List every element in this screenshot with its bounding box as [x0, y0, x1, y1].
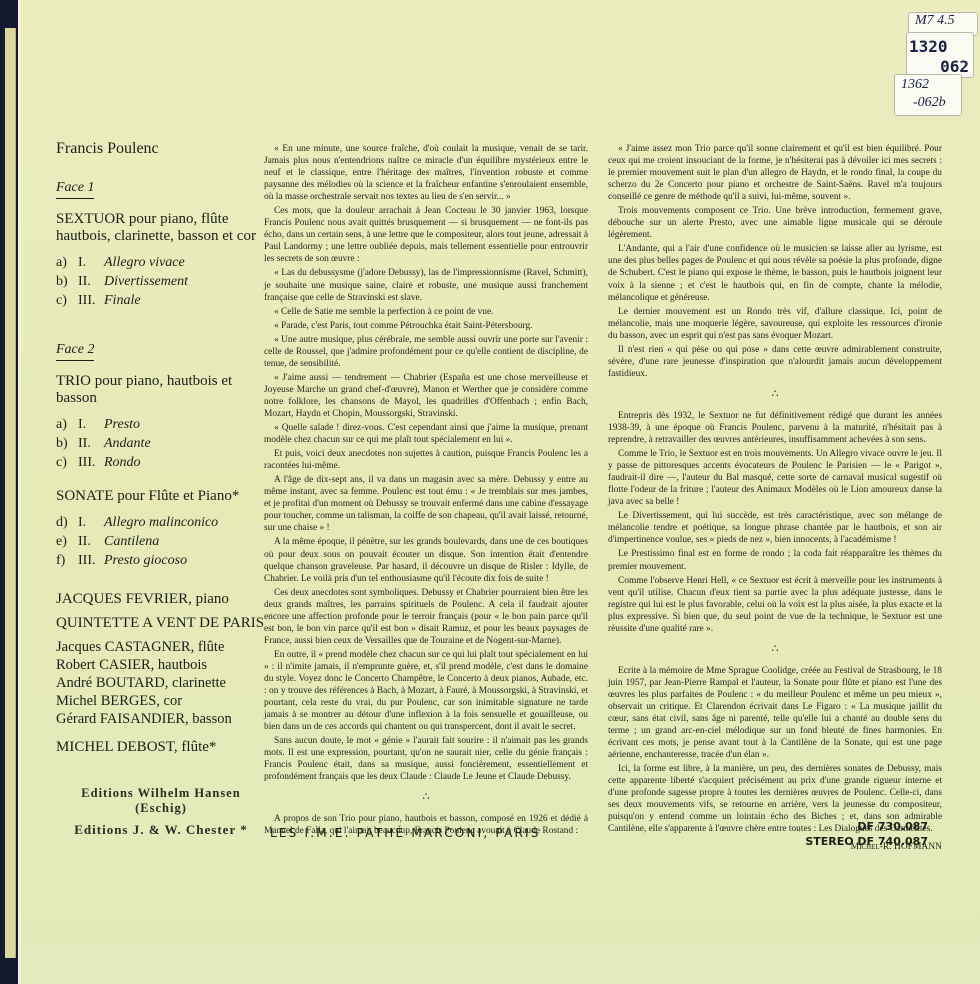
notes-paragraph: « Quelle salade ! direz-vous. C'est cepe… — [264, 422, 588, 446]
composer-name: Francis Poulenc — [56, 140, 266, 158]
face-label: Face 2 — [56, 342, 94, 361]
notes-paragraph: Le dernier mouvement est un Rondo très v… — [608, 306, 942, 342]
notes-paragraph: Comme l'observe Henri Hell, « ce Sextuor… — [608, 575, 942, 635]
movement: f)III.Presto giocoso — [56, 551, 266, 570]
notes-paragraph: « J'aime assez mon Trio parce qu'il sonn… — [608, 143, 942, 203]
notes-paragraph: « Celle de Satie me semble la perfection… — [264, 306, 588, 318]
handwritten-code-bottom: -062b — [913, 95, 946, 111]
notes-paragraph: « Une autre musique, plus cérébrale, me … — [264, 334, 588, 370]
movement: d)I.Allegro malinconico — [56, 513, 266, 532]
notes-paragraph: « Parade, c'est Paris, tout comme Pétrou… — [264, 320, 588, 332]
movement: a)I.Allegro vivace — [56, 253, 266, 272]
record-back-cover: M7 4.5 1320 062 1362 -062b Francis Poule… — [0, 0, 980, 984]
notes-paragraph: L'Andante, qui a l'air d'une confidence … — [608, 243, 942, 303]
movement: c)III.Finale — [56, 291, 266, 310]
catalog-numbers: DF 730.087 STEREO DF 740.087 — [805, 819, 928, 849]
catalog-mono: DF 730.087 — [805, 819, 928, 834]
section-separator: ∴ — [264, 791, 588, 803]
member-credit: André BOUTARD, clarinette — [56, 674, 266, 692]
member-credit: Jacques CASTAGNER, flûte — [56, 638, 266, 656]
catalog-stickers: M7 4.5 1320 062 1362 -062b — [906, 10, 974, 122]
liner-notes-column-1: « En une minute, une source fraîche, d'o… — [264, 143, 588, 838]
sleeve-spine — [0, 0, 18, 984]
liner-notes-column-2: « J'aime assez mon Trio parce qu'il sonn… — [608, 143, 942, 854]
notes-paragraph: Sans aucun doute, le mot « génie » l'aur… — [264, 735, 588, 783]
pianist-credit: JACQUES FEVRIER, piano — [56, 590, 266, 608]
publisher-sub: (Eschig) — [56, 801, 266, 816]
record-label: LES I.M.E. PATHÉ MARCONI, PARIS — [270, 826, 541, 840]
notes-section: Ecrite à la mémoire de Mme Sprague Cooli… — [608, 665, 942, 836]
face-label: Face 1 — [56, 180, 94, 199]
section-separator: ∴ — [608, 643, 942, 655]
catalog-stereo: STEREO DF 740.087 — [805, 834, 928, 849]
section-separator: ∴ — [608, 388, 942, 400]
movement: e)II.Cantilena — [56, 532, 266, 551]
notes-paragraph: Comme le Trio, le Sextuor est en trois m… — [608, 448, 942, 508]
member-credit: Gérard FAISANDIER, basson — [56, 710, 266, 728]
notes-paragraph: Le Prestissimo final est en forme de ron… — [608, 548, 942, 572]
notes-paragraph: Ecrite à la mémoire de Mme Sprague Cooli… — [608, 665, 942, 761]
member-credit: Robert CASIER, hautbois — [56, 656, 266, 674]
publisher-line: Editions J. & W. Chester * — [56, 822, 266, 837]
notes-paragraph: Le Divertissement, qui lui succède, est … — [608, 510, 942, 546]
movement: c)III.Rondo — [56, 453, 266, 472]
movement: a)I.Presto — [56, 415, 266, 434]
notes-section: Entrepris dès 1932, le Sextuor ne fut dé… — [608, 410, 942, 635]
handwritten-sticker: 1362 -062b — [894, 74, 962, 116]
notes-paragraph: « Las du debussysme (j'adore Debussy), l… — [264, 267, 588, 303]
tracklist: Francis Poulenc Face 1 SEXTUOR pour pian… — [56, 140, 266, 837]
movement: b)II.Andante — [56, 434, 266, 453]
handwritten-code-top: 1362 — [901, 77, 929, 93]
catalog-sticker: 1320 062 — [906, 32, 974, 78]
notes-paragraph: Ces mots, que la douleur arrachait à Jea… — [264, 205, 588, 265]
publishers: Editions Wilhelm Hansen (Eschig) Edition… — [56, 786, 266, 837]
movement: b)II.Divertissement — [56, 272, 266, 291]
notes-paragraph: Ces deux anecdotes sont symboliques. Deb… — [264, 587, 588, 647]
notes-paragraph: Et puis, voici deux anecdotes non sujett… — [264, 448, 588, 472]
notes-section: « En une minute, une source fraîche, d'o… — [264, 143, 588, 783]
member-credit: Michel BERGES, cor — [56, 692, 266, 710]
notes-paragraph: Entrepris dès 1932, le Sextuor ne fut dé… — [608, 410, 942, 446]
notes-paragraph: A la même époque, il pénètre, sur les gr… — [264, 536, 588, 584]
notes-paragraph: A l'âge de dix-sept ans, il va dans un m… — [264, 474, 588, 534]
work-title: SONATE pour Flûte et Piano* — [56, 488, 266, 505]
sticker-code-top: 1320 — [909, 37, 948, 56]
flutist-credit: MICHEL DEBOST, flûte* — [56, 738, 266, 756]
work-title: SEXTUOR pour piano, flûte hautbois, clar… — [56, 211, 266, 245]
notes-paragraph: « En une minute, une source fraîche, d'o… — [264, 143, 588, 203]
notes-paragraph: Il n'est rien « qui pèse ou qui pose » d… — [608, 344, 942, 380]
notes-paragraph: En outre, il « prend modèle chez chacun … — [264, 649, 588, 733]
publisher-line: Editions Wilhelm Hansen — [56, 786, 266, 801]
notes-paragraph: Trois mouvements composent ce Trio. Une … — [608, 205, 942, 241]
notes-section: « J'aime assez mon Trio parce qu'il sonn… — [608, 143, 942, 380]
ensemble-credit: QUINTETTE A VENT DE PARIS — [56, 614, 266, 632]
notes-paragraph: « J'aime aussi — tendrement — Chabrier (… — [264, 372, 588, 420]
work-title: TRIO pour piano, hautbois et basson — [56, 373, 266, 407]
